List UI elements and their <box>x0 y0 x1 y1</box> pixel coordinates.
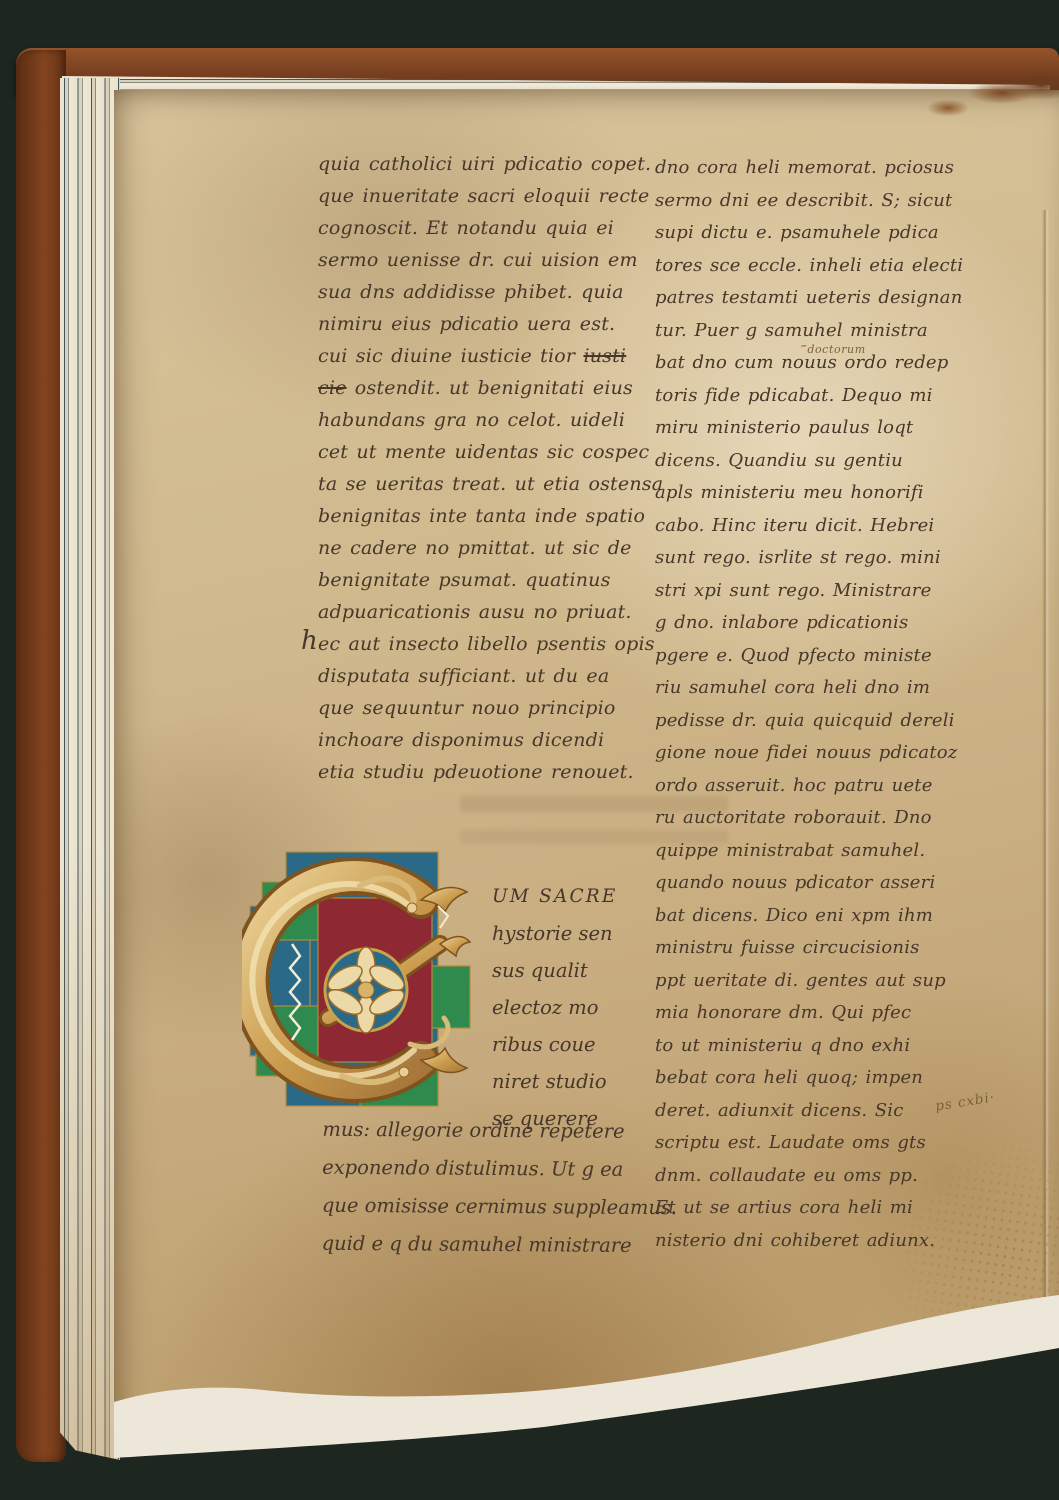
initial-side-lines: UM SACREhystorie sensus qualitelectoz mo… <box>492 878 618 1137</box>
left-text-column: quia catholici uiri pdicatio copet.que i… <box>318 148 658 788</box>
text-line: ta se ueritas treat. ut etia ostensa <box>318 468 658 500</box>
text-line: ru auctoritate roborauit. Dno <box>655 802 1035 835</box>
text-line: bat dicens. Dico eni xpm ihm <box>655 900 1035 933</box>
text-line: quando nouus pdicator asseri <box>655 867 1035 900</box>
worn-leather-corner <box>880 30 1059 125</box>
struck-word: iusti <box>583 345 626 367</box>
text-line: g dno. inlabore pdicationis <box>655 607 1035 640</box>
text-line: dno cora heli memorat. pciosus <box>655 152 1035 185</box>
text-line: dicens. Quandiu su gentiu <box>655 445 1035 478</box>
text-line: etia studiu pdeuotione renouet. <box>318 756 658 788</box>
text-line: hec aut insecto libello psentis opis <box>318 628 658 660</box>
text-line: sermo dni ee describit. S; sicut <box>655 185 1035 218</box>
text-line: stri xpi sunt rego. Ministrare <box>655 575 1035 608</box>
text-line: dnm. collaudate eu oms pp. <box>655 1160 1035 1193</box>
text-line: cognoscit. Et notandu quia ei <box>318 212 658 244</box>
manuscript-photo: quia catholici uiri pdicatio copet.que i… <box>0 0 1059 1500</box>
text-line: mus: allegorie ordine repetere <box>322 1111 678 1151</box>
text-line: scriptu est. Laudate oms gts <box>655 1127 1035 1160</box>
book-spine-leather <box>16 50 66 1462</box>
text-line: gione noue fidei nouus pdicatoz <box>655 737 1035 770</box>
text-line: patres testamti ueteris designan <box>655 282 1035 315</box>
text-line: apls ministeriu meu honorifi <box>655 477 1035 510</box>
text-line: sermo uenisse dr. cui uision em <box>318 244 658 276</box>
text-line: sunt rego. isrlite st rego. mini <box>655 542 1035 575</box>
text-line: nimiru eius pdicatio uera est. <box>318 308 658 340</box>
text-line: UM SACRE <box>492 878 618 915</box>
text-line: to ut ministeriu q dno exhi <box>655 1030 1035 1063</box>
text-line: habundans gra no celot. uideli <box>318 404 658 436</box>
text-line: ordo asseruit. hoc patru uete <box>655 770 1035 803</box>
text-line: nisterio dni cohiberet adiunx. <box>655 1225 1035 1258</box>
text-line: ribus coue <box>492 1026 618 1063</box>
hanging-initial: h <box>301 625 318 657</box>
text-line: quid e q du samuhel ministrare <box>321 1225 677 1265</box>
left-column-continuation: mus: allegorie ordine repetereexponendo … <box>321 1111 677 1265</box>
text-line: bebat cora heli quoq; impen <box>655 1062 1035 1095</box>
illuminated-initial-C <box>242 848 476 1112</box>
text-line: supi dictu e. psamuhele pdica <box>655 217 1035 250</box>
text-line: benignitas inte tanta inde spatio <box>318 500 658 532</box>
text-line: electoz mo <box>492 989 618 1026</box>
text-line: inchoare disponimus dicendi <box>318 724 658 756</box>
text-line: ne cadere no pmittat. ut sic de <box>318 532 658 564</box>
text-line: adpuaricationis ausu no priuat. <box>318 596 658 628</box>
text-line: disputata sufficiant. ut du ea <box>318 660 658 692</box>
interlinear-gloss: ‴doctorum <box>801 334 866 367</box>
text-line: benignitate psumat. quatinus <box>318 564 658 596</box>
text-line: quia catholici uiri pdicatio copet. <box>318 148 658 180</box>
text-line: exponendo distulimus. Ut g ea <box>322 1149 678 1189</box>
text-line: pedisse dr. quia quicquid dereli <box>655 705 1035 738</box>
text-line: cui sic diuine iusticie tior iusti <box>318 340 658 372</box>
page-edges-left <box>60 78 120 1460</box>
text-line: que sequuntur nouo principio <box>318 692 658 724</box>
text-line: ppt ueritate di. gentes aut sup <box>655 965 1035 998</box>
text-line: Et ut se artius cora heli mi <box>655 1192 1035 1225</box>
text-line: ministru fuisse circucisionis <box>655 932 1035 965</box>
text-line: que inueritate sacri eloquii recte <box>318 180 658 212</box>
text-line: cie ostendit. ut benignitati eius <box>318 372 658 404</box>
text-line: cabo. Hinc iteru dicit. Hebrei <box>655 510 1035 543</box>
struck-word: cie <box>318 377 347 399</box>
text-line: mia honorare dm. Qui pfec <box>655 997 1035 1030</box>
text-line: tores sce eccle. inheli etia electi <box>655 250 1035 283</box>
text-line: cet ut mente uidentas sic cospec <box>318 436 658 468</box>
text-line: miru ministerio paulus loqt <box>655 412 1035 445</box>
text-line: sus qualit <box>492 952 618 989</box>
text-line: que omisisse cernimus suppleamus. <box>322 1187 678 1227</box>
manuscript-page: quia catholici uiri pdicatio copet.que i… <box>114 90 1059 1450</box>
text-line: sua dns addidisse phibet. quia <box>318 276 658 308</box>
text-line: quippe ministrabat samuhel. <box>655 835 1035 868</box>
text-line: riu samuhel cora heli dno im <box>655 672 1035 705</box>
text-line: hystorie sen <box>492 915 618 952</box>
text-line: pgere e. Quod pfecto ministe <box>655 640 1035 673</box>
text-line: toris fide pdicabat. Dequo mi <box>655 380 1035 413</box>
text-line: bat dno cum nouus ordo redep‴doctorum <box>655 347 1035 380</box>
text-line: niret studio <box>492 1063 618 1100</box>
